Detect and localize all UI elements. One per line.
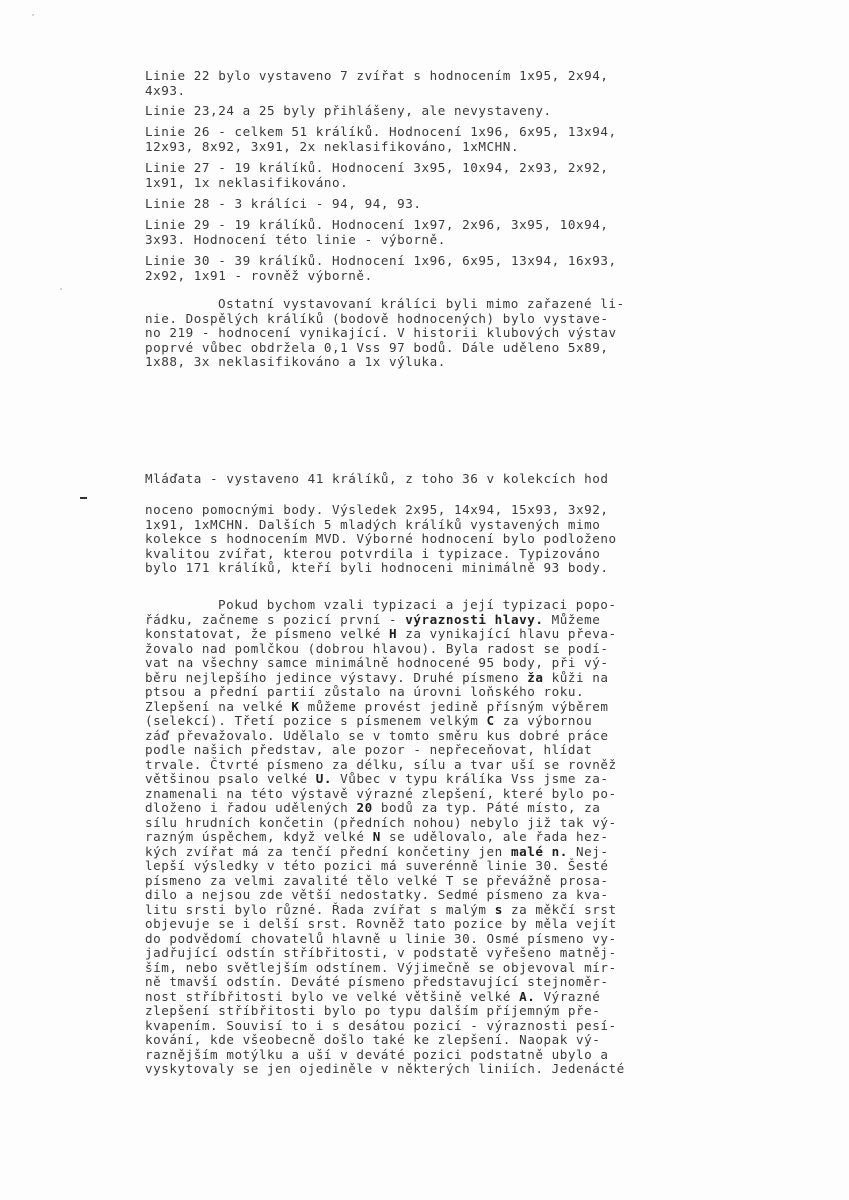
- scan-speck: [32, 14, 34, 16]
- typing-line: lepší výsledky v této pozici má suverénn…: [145, 859, 609, 874]
- paragraph-young-heading: Mláďata - vystaveno 41 králíků, z toho 3…: [145, 472, 609, 487]
- typing-line: zlepšení stříbřitosti bylo po typu další…: [145, 1004, 600, 1019]
- typing-line: (selekcí). Třetí pozice s písmenem velký…: [145, 714, 592, 729]
- scan-speck: [60, 288, 62, 290]
- line-26-cont: 12x93, 8x92, 3x91, 2x neklasifikováno, 1…: [145, 140, 519, 155]
- line-22-cont: 4x93.: [145, 84, 186, 99]
- scanned-page: Linie 22 bylo vystaveno 7 zvířat s hodno…: [0, 0, 849, 1200]
- line-30-text: Linie 30 - 39 králíků. Hodnocení 1x96, 6…: [145, 254, 617, 269]
- line-28-text: Linie 28 - 3 králíci - 94, 94, 93.: [145, 197, 422, 212]
- paragraph-other-line: no 219 - hodnocení vynikající. V histori…: [145, 326, 617, 341]
- line-22-text: Linie 22 bylo vystaveno 7 zvířat s hodno…: [145, 69, 609, 84]
- margin-dash-mark: [80, 497, 87, 499]
- typing-line: většinou psalo velké U. Vůbec v typu krá…: [145, 772, 609, 787]
- typing-line: dilo a nejsou zde větší nedostatky. Sedm…: [145, 888, 609, 903]
- line-27-cont: 1x91, 1x neklasifikováno.: [145, 176, 348, 191]
- typing-line: vat na všechny samce minimálně hodnocené…: [145, 656, 609, 671]
- typing-line: ně tmavší odstín. Deváté písmeno předsta…: [145, 975, 609, 990]
- typing-line: podle našich představ, ale pozor - nepře…: [145, 743, 592, 758]
- paragraph-other-line: 1x88, 3x neklasifikováno a 1x výluka.: [145, 355, 446, 370]
- typing-line: kování, kde všeobecně došlo také ke zlep…: [145, 1033, 600, 1048]
- paragraph-other-line: Ostatní vystavovaní králíci byli mimo za…: [218, 297, 625, 312]
- emphasis-head: výraznosti hlavy.: [405, 612, 543, 627]
- line-29-cont: 3x93. Hodnocení této linie - výborně.: [145, 233, 446, 248]
- typing-line: Pokud bychom vzali typizaci a její typiz…: [218, 598, 616, 613]
- typing-line: vyskytovaly se jen ojediněle v některých…: [145, 1062, 625, 1077]
- paragraph-young-line: noceno pomocnými body. Výsledek 2x95, 14…: [145, 503, 609, 518]
- line-27-text: Linie 27 - 19 králíků. Hodnocení 3x95, 1…: [145, 161, 609, 176]
- paragraph-young-line: kolekce s hodnocením MVD. Výborné hodnoc…: [145, 532, 617, 547]
- line-30-cont: 2x92, 1x91 - rovněž výborně.: [145, 269, 373, 284]
- typing-line: razným úspěchem, když velké N se udělova…: [145, 830, 609, 845]
- paragraph-young-line: bylo 171 králíků, kteří byli hodnoceni m…: [145, 561, 609, 576]
- line-23-25-text: Linie 23,24 a 25 byly přihlášeny, ale ne…: [145, 104, 552, 119]
- typing-line: dloženo i řadou udělených 20 bodů za typ…: [145, 801, 600, 816]
- typing-line: ptsou a přední partií zůstalo na úrovni …: [145, 685, 584, 700]
- line-29-text: Linie 29 - 19 králíků. Hodnocení 1x97, 2…: [145, 218, 609, 233]
- typing-line: objevuje se i delší srst. Rovněž tato po…: [145, 917, 617, 932]
- typing-line: konstatovat, že písmeno velké H za vynik…: [145, 627, 617, 642]
- scan-speck: [150, 968, 152, 970]
- typing-line: jadřující odstín stříbřitosti, v podstat…: [145, 946, 617, 961]
- line-26-text: Linie 26 - celkem 51 králíků. Hodnocení …: [145, 125, 617, 140]
